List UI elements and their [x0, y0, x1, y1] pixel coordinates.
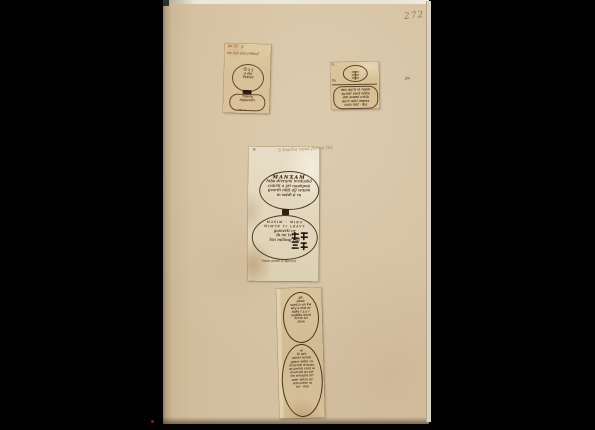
label-bottom-strip: gbanaùcavū p un kwwty a mst nrtodn r ʒ a… — [276, 287, 325, 418]
stamp-oval: whi wtranrtv minragvam wítin ronravmti w… — [281, 343, 324, 417]
folio-number: 272 — [404, 10, 425, 22]
edge-red-dot — [151, 420, 154, 423]
stamp-oval: maxim · minawimtr ti lbavtgamvrti nrib m… — [252, 215, 318, 261]
binding-corner-mark — [163, 0, 169, 6]
text-line: cum rait · iba — [334, 103, 377, 108]
left-black-margin — [0, 0, 163, 430]
stamp-row: Vesica — [233, 75, 263, 80]
specimen-sheet: W MANXAMhiba divrami inrduskõcanrti a yr… — [247, 147, 319, 282]
scan-canvas: 272 fol 32 · g nw lub zircumlauf ƶ ʒ a ó… — [0, 0, 595, 430]
handwritten-note: hova amid a spunct — [262, 259, 333, 264]
stamp-text-block: mw aurù vi raamsumtr aovt nitraitm svami… — [333, 86, 378, 110]
label-top-right: b. 9a ʒm mw aurù vi raamsumtr aovt nitra… — [331, 62, 380, 110]
stamp-text: mw aurù vi raamsumtr aovt nitraitm svami… — [334, 88, 377, 108]
page-top-edge — [163, 0, 429, 4]
handwritten-note: fol 32 · g — [228, 44, 274, 49]
album-page: 272 fol 32 · g nw lub zircumlauf ƶ ʒ a ó… — [163, 0, 429, 424]
handwritten-note: 9a — [332, 78, 380, 83]
stamp-text: gbanaùcavū p un kwwty a mst nrtodn r ʒ a… — [283, 296, 318, 325]
text-line: tivm — [284, 320, 318, 324]
stamp-text: TabvlaAppendix — [230, 95, 264, 103]
right-black-margin — [430, 0, 595, 430]
text-line: rvi · mw — [283, 384, 322, 389]
text-line: m wédi è ru — [260, 193, 318, 198]
label-top-left: fol 32 · g nw lub zircumlauf ƶ ʒ a óla V… — [223, 43, 271, 113]
stamp-text: MANXAMhiba divrami inrduskõcanrti a yri … — [260, 175, 318, 198]
page-fore-edge — [426, 1, 431, 422]
circled-seal-icon — [243, 67, 247, 71]
stamp-oval: ƶ ʒ a óla Vesica — [232, 64, 265, 93]
handwritten-note: nw lub zircumlauf — [227, 51, 273, 56]
stamp-oval: gbanaùcavū p un kwwty a mst nrtodn r ʒ a… — [282, 291, 319, 343]
text-line: Appendix — [230, 98, 264, 102]
stamp-oval: MANXAMhiba divrami inrduskõcanrti a yri … — [259, 171, 319, 211]
stamp-text: whi wtranrtv minragvam wítin ronravmti w… — [282, 348, 322, 389]
cjk-seal-strokes-icon — [291, 231, 309, 251]
handwritten-note: ~ m ~ — [235, 108, 281, 113]
